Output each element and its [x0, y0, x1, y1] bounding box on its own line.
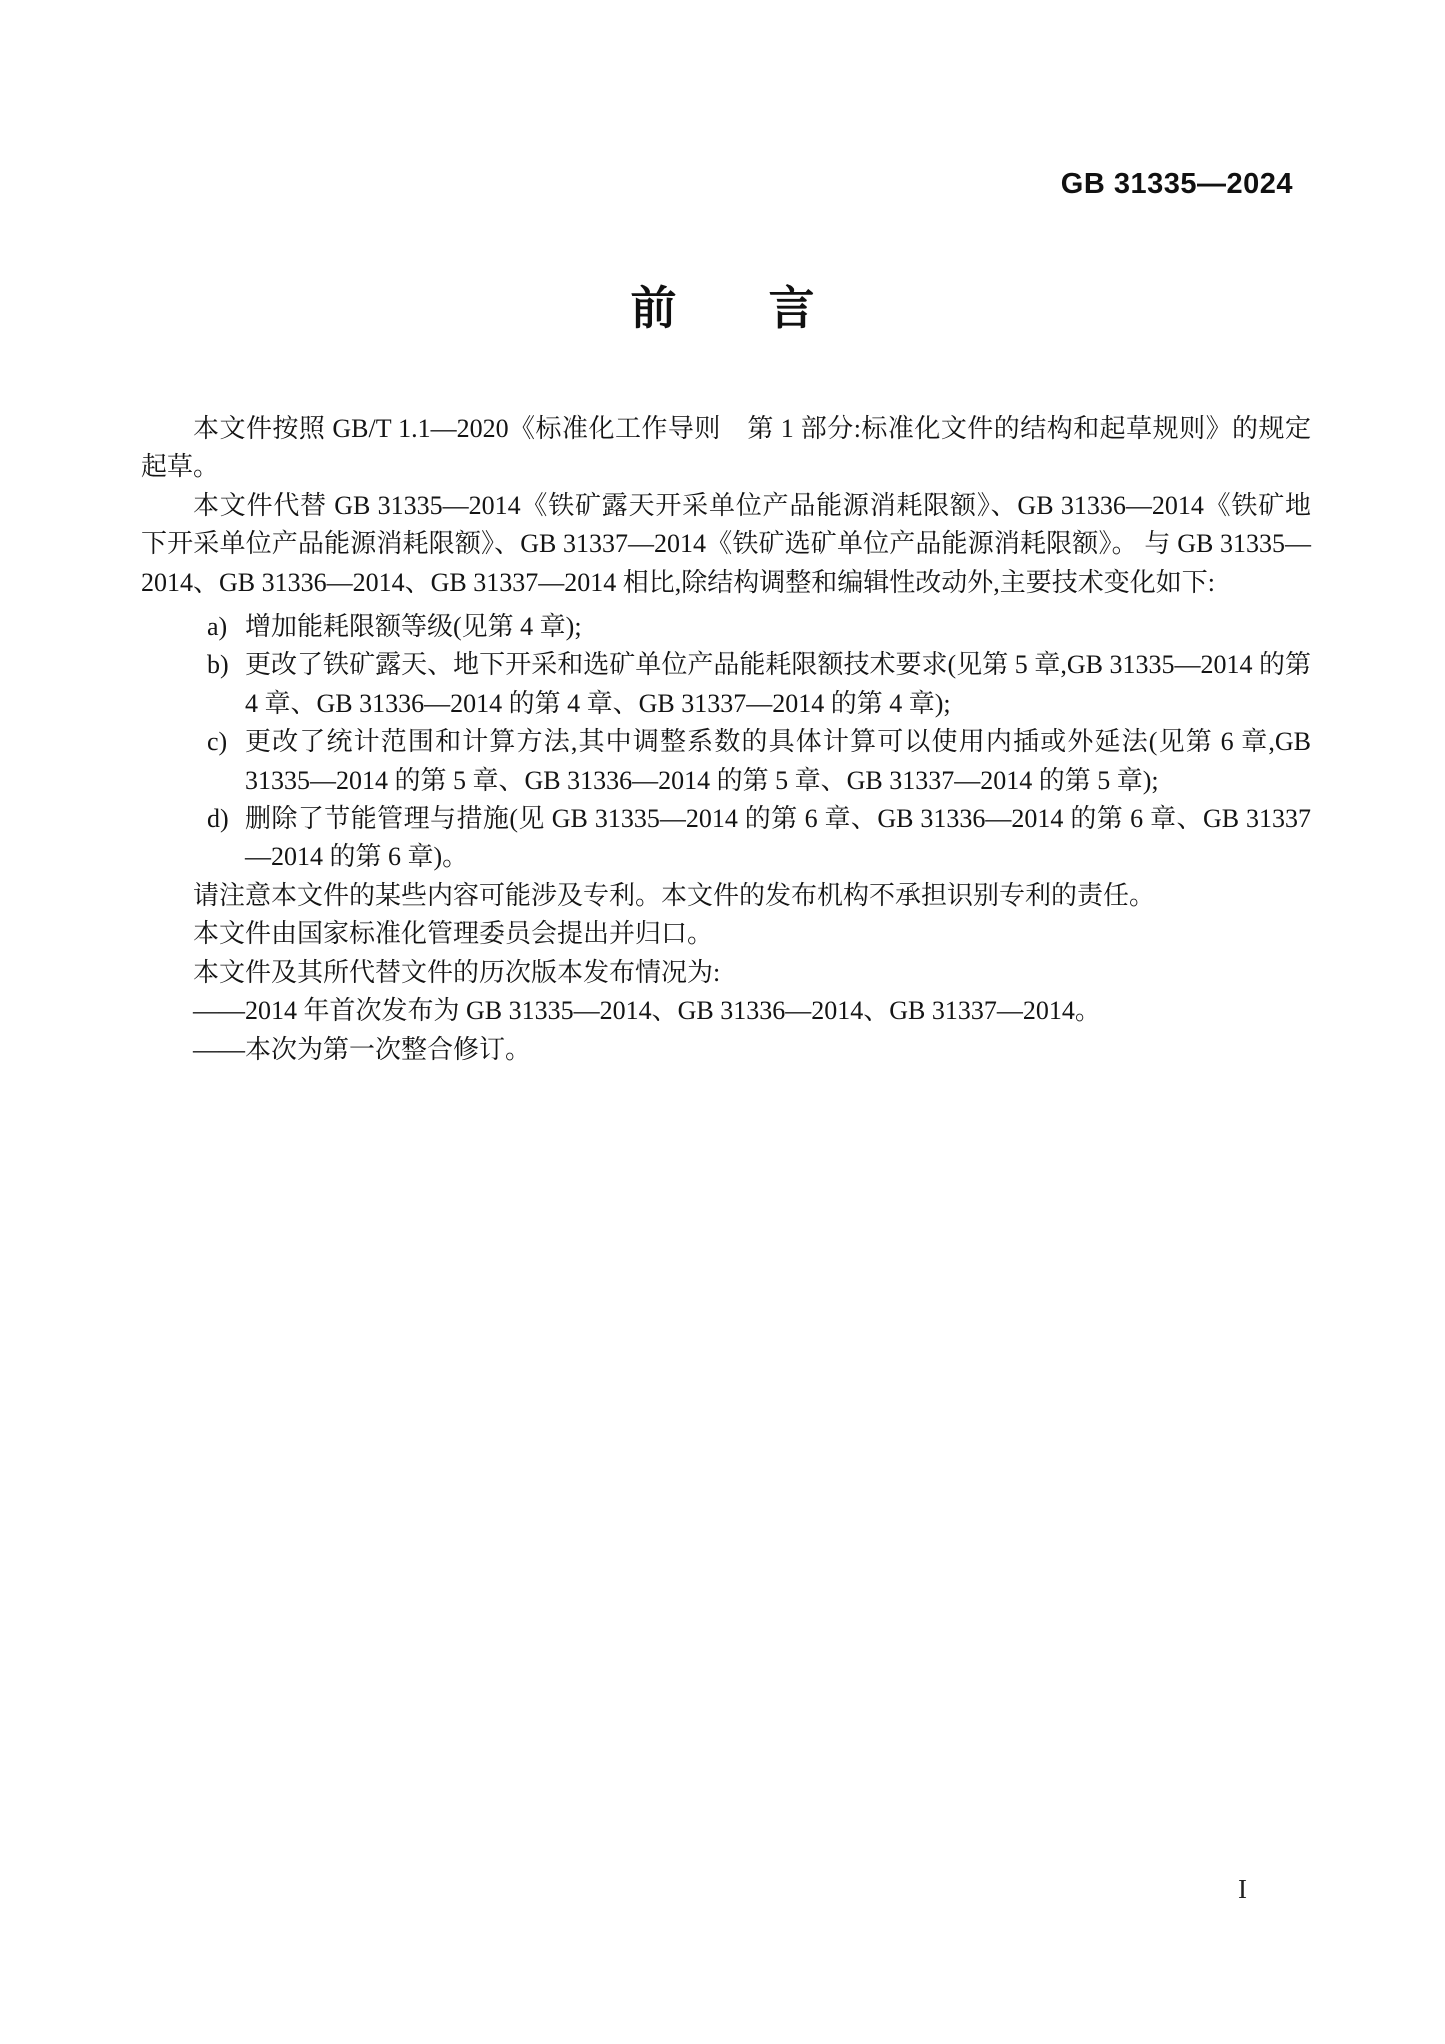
- standard-number: GB 31335—2024: [1061, 168, 1293, 201]
- page-number: I: [1238, 1874, 1247, 1905]
- list-item-text: 更改了铁矿露天、地下开采和选矿单位产品能耗限额技术要求(见第 5 章,GB 31…: [245, 650, 1311, 717]
- document-page: GB 31335—2024 前 言 本文件按照 GB/T 1.1—2020《标准…: [0, 0, 1445, 2044]
- list-item-text: 更改了统计范围和计算方法,其中调整系数的具体计算可以使用内插或外延法(见第 6 …: [245, 727, 1311, 794]
- paragraph-drafting-rules: 本文件按照 GB/T 1.1—2020《标准化工作导则 第 1 部分:标准化文件…: [141, 410, 1311, 487]
- paragraph-patent-notice: 请注意本文件的某些内容可能涉及专利。本文件的发布机构不承担识别专利的责任。: [141, 877, 1311, 915]
- list-item: c) 更改了统计范围和计算方法,其中调整系数的具体计算可以使用内插或外延法(见第…: [141, 723, 1311, 800]
- list-item-text: 删除了节能管理与措施(见 GB 31335—2014 的第 6 章、GB 313…: [245, 804, 1311, 871]
- list-item: d) 删除了节能管理与措施(见 GB 31335—2014 的第 6 章、GB …: [141, 800, 1311, 877]
- paragraph-issuing-body: 本文件由国家标准化管理委员会提出并归口。: [141, 915, 1311, 953]
- list-item-label: a): [207, 608, 227, 646]
- list-item-label: c): [207, 723, 227, 761]
- foreword-body: 本文件按照 GB/T 1.1—2020《标准化工作导则 第 1 部分:标准化文件…: [141, 410, 1311, 1069]
- list-item: b) 更改了铁矿露天、地下开采和选矿单位产品能耗限额技术要求(见第 5 章,GB…: [141, 646, 1311, 723]
- history-item: ——本次为第一次整合修订。: [141, 1031, 1311, 1069]
- list-item-label: d): [207, 800, 229, 838]
- history-item: ——2014 年首次发布为 GB 31335—2014、GB 31336—201…: [141, 992, 1311, 1030]
- list-item: a) 增加能耗限额等级(见第 4 章);: [141, 608, 1311, 646]
- page-title: 前 言: [0, 272, 1445, 338]
- paragraph-replaced-standards: 本文件代替 GB 31335—2014《铁矿露天开采单位产品能源消耗限额》、GB…: [141, 487, 1311, 602]
- paragraph-history-intro: 本文件及其所代替文件的历次版本发布情况为:: [141, 954, 1311, 992]
- list-item-label: b): [207, 646, 229, 684]
- list-item-text: 增加能耗限额等级(见第 4 章);: [245, 612, 582, 641]
- technical-changes-list: a) 增加能耗限额等级(见第 4 章); b) 更改了铁矿露天、地下开采和选矿单…: [141, 608, 1311, 877]
